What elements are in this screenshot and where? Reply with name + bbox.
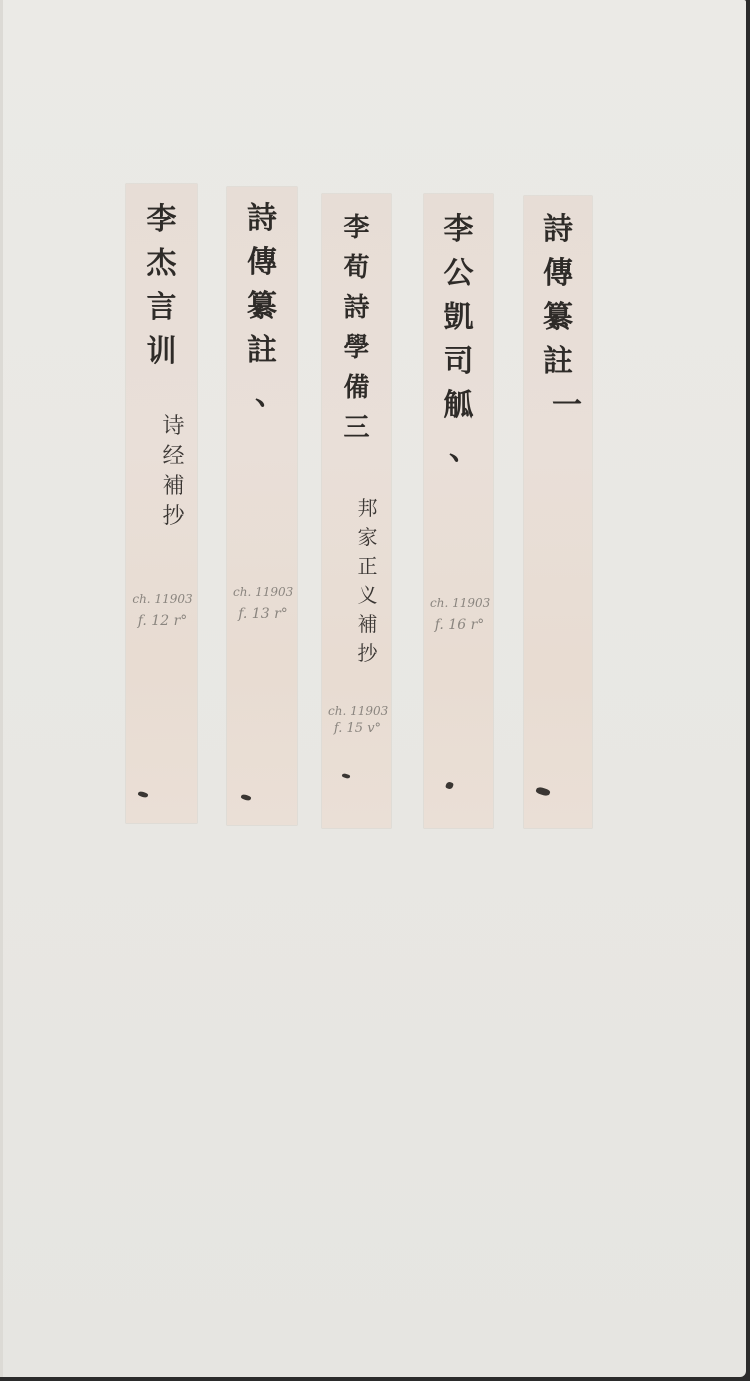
title-char: 詩 [543,208,573,252]
title-char: 備 [343,368,369,408]
title-char: 纂 [247,285,277,329]
label-strip-5: 詩 傳 纂 註 一 [524,196,592,828]
label-strip-1: 李 杰 言 训 诗 经 補 抄 ch. 11903 f. 12 r° [126,184,197,823]
shelfmark: ch. 11903 [430,592,489,614]
folio: f. 15 v° [328,720,387,738]
strip-title: 詩 傳 纂 註 一 [524,208,592,428]
title-char: 詩 [247,197,277,241]
subtitle-char: 义 [358,581,378,610]
subtitle-char: 邦 [358,494,378,523]
shelfmark-note: ch. 11903 f. 15 v° [328,702,387,738]
title-char: 李 [147,198,177,242]
title-char: 註 [247,329,277,373]
subtitle-char: 经 [162,442,184,472]
title-char: 註 [543,340,573,384]
title-char: 杰 [147,242,177,286]
title-char: 荀 [343,248,369,288]
title-char: 詩 [343,288,369,328]
folio: f. 16 r° [430,614,489,636]
title-char: 、 [255,373,285,417]
subtitle-char: 補 [358,610,378,639]
strip-title: 李 杰 言 训 [126,198,197,374]
title-char: 李 [444,208,474,252]
label-strip-2: 詩 傳 纂 註 、 ch. 11903 f. 13 r° [227,187,297,825]
subtitle-char: 抄 [162,502,184,532]
title-char: 傳 [543,252,573,296]
shelfmark: ch. 11903 [233,581,293,603]
subtitle-char: 家 [358,523,378,552]
album-page: 李 杰 言 训 诗 经 補 抄 ch. 11903 f. 12 r° 詩 傳 纂… [0,0,746,1377]
ink-mark [137,790,148,798]
label-strip-3: 李 荀 詩 學 備 三 邦 家 正 义 補 抄 ch. 11903 f. 15 … [322,194,391,828]
title-char: 纂 [543,296,573,340]
strip-subtitle: 诗 经 補 抄 [154,412,193,532]
folio: f. 12 r° [132,610,193,632]
shelfmark-note: ch. 11903 f. 12 r° [132,588,193,632]
subtitle-char: 正 [358,552,378,581]
shelfmark: ch. 11903 [132,588,193,610]
shelfmark-note: ch. 11903 f. 16 r° [430,592,489,636]
strip-subtitle: 邦 家 正 义 補 抄 [348,494,387,668]
subtitle-char: 诗 [162,412,184,442]
title-char: 公 [444,252,474,296]
folio: f. 13 r° [233,603,293,625]
title-char: 言 [147,286,177,330]
strip-title: 李 荀 詩 學 備 三 [322,208,391,448]
ink-mark [342,773,351,779]
title-char: 一 [552,384,582,428]
subtitle-char: 抄 [358,639,378,668]
title-char: 學 [343,328,369,368]
shelfmark-note: ch. 11903 f. 13 r° [233,581,293,625]
title-char: 三 [343,408,369,448]
title-char: 训 [147,330,177,374]
ink-mark [535,786,551,797]
strip-title: 李 公 凱 司 觚 、 [424,208,493,472]
title-char: 傳 [247,241,277,285]
ink-mark [240,793,251,801]
title-char: 司 [444,340,474,384]
title-char: 、 [449,428,479,472]
subtitle-char: 補 [162,472,184,502]
ink-mark [445,781,454,790]
strip-title: 詩 傳 纂 註 、 [227,197,297,417]
label-strip-4: 李 公 凱 司 觚 、 ch. 11903 f. 16 r° [424,194,493,828]
title-char: 李 [343,208,369,248]
title-char: 觚 [444,384,474,428]
shelfmark: ch. 11903 [328,702,387,720]
title-char: 凱 [444,296,474,340]
